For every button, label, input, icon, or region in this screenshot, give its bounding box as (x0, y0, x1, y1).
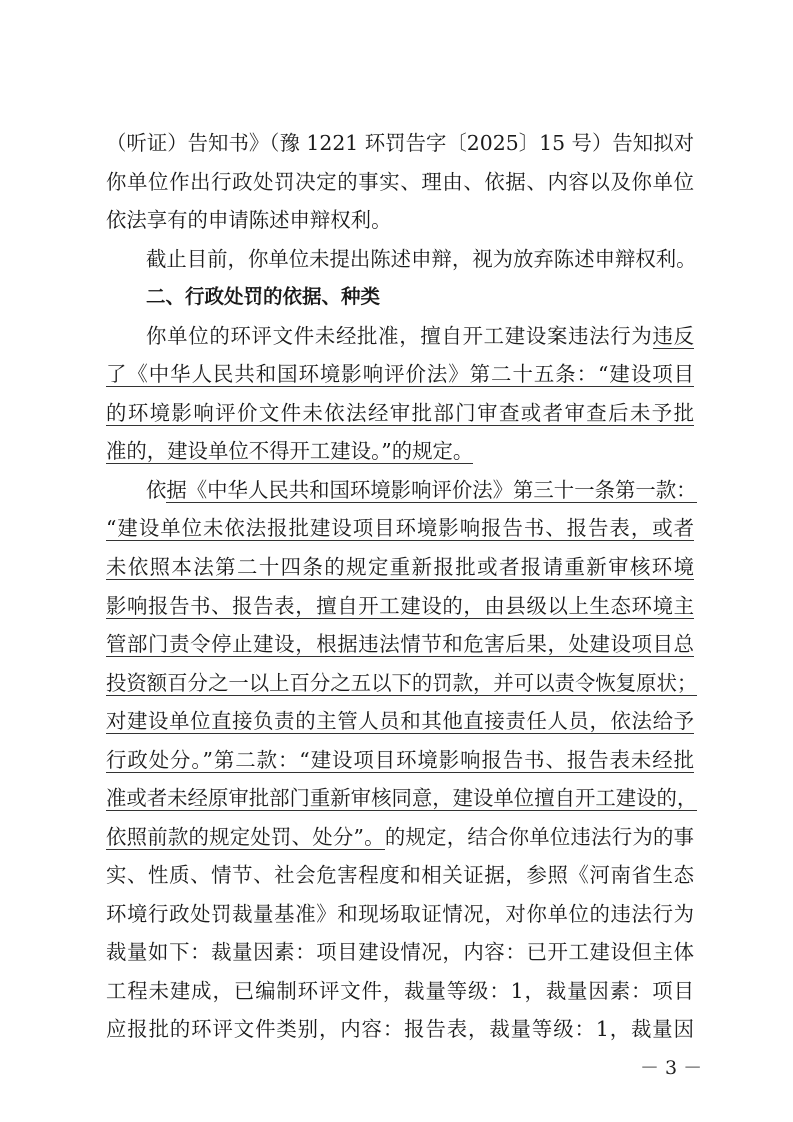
paragraph-line: （听证）告知书》（豫 1221 环罚告字〔2025〕15 号）告知拟对 (106, 128, 694, 158)
paragraph-line: 对建设单位直接负责的主管人员和其他直接责任人员，依法给予 (106, 706, 694, 736)
underlined-text: 对建设单位直接负责的主管人员和其他直接责任人员，依法给予 (106, 709, 694, 734)
page-number: － 3 － (640, 1054, 702, 1082)
underlined-text: 投资额百分之一以上百分之五以下的罚款，并可以责令恢复原状； (106, 671, 697, 696)
text-plain: 依 (146, 478, 166, 502)
underlined-text: 据《中华人民共和国环境影响评价法》第三十一条第一款： (166, 478, 696, 503)
underlined-text: “建设单位未依法报批建设项目环境影响报告书、报告表，或者 (106, 516, 694, 541)
paragraph-line: 实、性质、情节、社会危害程度和相关证据，参照《河南省生态 (106, 860, 694, 890)
paragraph-line: 依照前款的规定处罚、处分”。的规定，结合你单位违法行为的事 (106, 822, 694, 852)
section-heading: 二、行政处罚的依据、种类 (146, 282, 694, 312)
paragraph-line: 影响报告书、报告表，擅自开工建设的，由县级以上生态环境主 (106, 591, 694, 621)
paragraph-line: 行政处分。”第二款：“建设项目环境影响报告书、报告表未经批 (106, 745, 694, 775)
paragraph-line: 的环境影响评价文件未依法经审批部门审查或者审查后未予批 (106, 398, 694, 428)
paragraph-line: 投资额百分之一以上百分之五以下的罚款，并可以责令恢复原状； (106, 668, 694, 698)
paragraph-line: 准或者未经原审批部门重新审核同意，建设单位擅自开工建设的， (106, 783, 694, 813)
paragraph-line: 应报批的环评文件类别，内容：报告表，裁量等级：1，裁量因 (106, 1014, 694, 1044)
text-plain: 的规定，结合你单位违法行为的事 (385, 825, 694, 849)
underlined-text: 了《中华人民共和国环境影响评价法》第二十五条：“建设项目 (106, 362, 694, 387)
paragraph-line: “建设单位未依法报批建设项目环境影响报告书、报告表，或者 (106, 513, 694, 543)
paragraph-line: 管部门责令停止建设，根据违法情节和危害后果，处建设项目总 (106, 629, 694, 659)
paragraph-line: 依法享有的申请陈述申辩权利。 (106, 205, 694, 235)
paragraph-line: 准的，建设单位不得开工建设。”的规定。 (106, 436, 694, 466)
document-page: （听证）告知书》（豫 1221 环罚告字〔2025〕15 号）告知拟对 你单位作… (0, 0, 793, 1122)
paragraph-line: 裁量如下：裁量因素：项目建设情况，内容：已开工建设但主体 (106, 937, 694, 967)
paragraph-line: 工程未建成，已编制环评文件，裁量等级：1，裁量因素：项目 (106, 976, 694, 1006)
text-plain: 你单位的环评文件未经批准，擅自开工建设案违法行为 (146, 324, 653, 348)
underlined-text: 违反 (653, 324, 695, 349)
paragraph-line: 你单位的环评文件未经批准，擅自开工建设案违法行为违反 (146, 321, 694, 351)
paragraph-line: 截止目前，你单位未提出陈述申辩，视为放弃陈述申辩权利。 (146, 244, 694, 274)
paragraph-line: 未依照本法第二十四条的规定重新报批或者报请重新审核环境 (106, 552, 694, 582)
paragraph-line: 环境行政处罚裁量基准》和现场取证情况，对你单位的违法行为 (106, 899, 694, 929)
underlined-text: 未依照本法第二十四条的规定重新报批或者报请重新审核环境 (106, 555, 694, 580)
underlined-text: 的环境影响评价文件未依法经审批部门审查或者审查后未予批 (106, 401, 694, 426)
underlined-text: 依照前款的规定处罚、处分”。 (106, 825, 385, 850)
paragraph-line: 了《中华人民共和国环境影响评价法》第二十五条：“建设项目 (106, 359, 694, 389)
underlined-text: 准的，建设单位不得开工建设。”的规定。 (106, 439, 473, 464)
paragraph-line: 你单位作出行政处罚决定的事实、理由、依据、内容以及你单位 (106, 167, 694, 197)
underlined-text: 影响报告书、报告表，擅自开工建设的，由县级以上生态环境主 (106, 594, 694, 619)
underlined-text: 准或者未经原审批部门重新审核同意，建设单位擅自开工建设的， (106, 786, 697, 811)
underlined-text: 行政处分。”第二款：“建设项目环境影响报告书、报告表未经批 (106, 748, 694, 773)
paragraph-line: 依据《中华人民共和国环境影响评价法》第三十一条第一款： (146, 475, 694, 505)
underlined-text: 管部门责令停止建设，根据违法情节和危害后果，处建设项目总 (106, 632, 694, 657)
